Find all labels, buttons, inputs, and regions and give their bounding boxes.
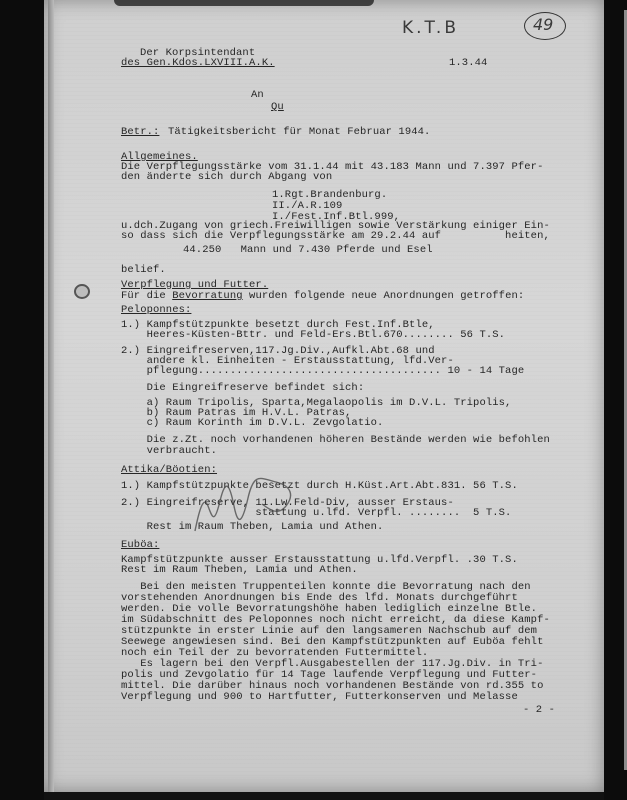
page-stamp-number: 49 [533,15,553,34]
heading-euboea: Euböa: [121,540,159,551]
peloponnes-item2-l3: pflegung................................… [121,366,524,377]
body-line-11: Verpflegung und 900 to Hartfutter, Futte… [121,692,518,703]
attika-item1: 1.) Kampfstützpunkte besetzt durch H.Küs… [121,481,518,492]
intro-underlined: Bevorratung [172,290,242,302]
reserve-c: c) Raum Korinth im D.V.L. Zevgolatio. [121,418,383,429]
page-fold-edge [48,0,54,792]
subject-text: Tätigkeitsbericht für Monat Februar 1944… [168,127,430,138]
document-date: 1.3.44 [449,58,487,69]
intro-suffix: wurden folgende neue Anordnungen getroff… [243,290,525,302]
to-label: An [251,90,264,101]
allgemeines-totals: 44.250 Mann und 7.430 Pferde und Esel [183,245,433,256]
attika-item2-l2: stattung u.lfd. Verpfl. ........ 5 T.S. [121,508,511,519]
reserve-intro: Die Eingreifreserve befindet sich: [121,383,364,394]
sender-line2: des Gen.Kdos.LXVIII.A.K. [121,58,275,69]
verpflegung-intro: Für die Bevorratung wurden folgende neue… [121,291,524,302]
allgemeines-closing: belief. [121,265,166,276]
scan-shadow [114,0,374,6]
peloponnes-note-l2: verbraucht. [121,446,217,457]
subject-label: Betr.: [121,127,159,138]
page-number: - 2 - [523,705,555,716]
handwritten-scribble [190,476,300,536]
peloponnes-item1-l2: Heeres-Küsten-Bttr. und Feld-Ers.Btl.670… [121,330,505,341]
heading-peloponnes: Peloponnes: [121,305,191,316]
intro-prefix: Für die [121,290,172,302]
heading-attika: Attika/Böotien: [121,465,217,476]
to-recipient: Qu [271,102,284,113]
allgemeines-line-2: den änderte sich durch Abgang von [121,172,332,183]
allgemeines-after-2: so dass sich die Verpflegungsstärke am 2… [121,231,550,242]
handwritten-ktb: K.T.B [402,18,459,38]
punch-hole [74,284,90,299]
scan-bottom-border [44,792,604,800]
euboea-line2: Rest im Raum Theben, Lamia und Athen. [121,565,358,576]
